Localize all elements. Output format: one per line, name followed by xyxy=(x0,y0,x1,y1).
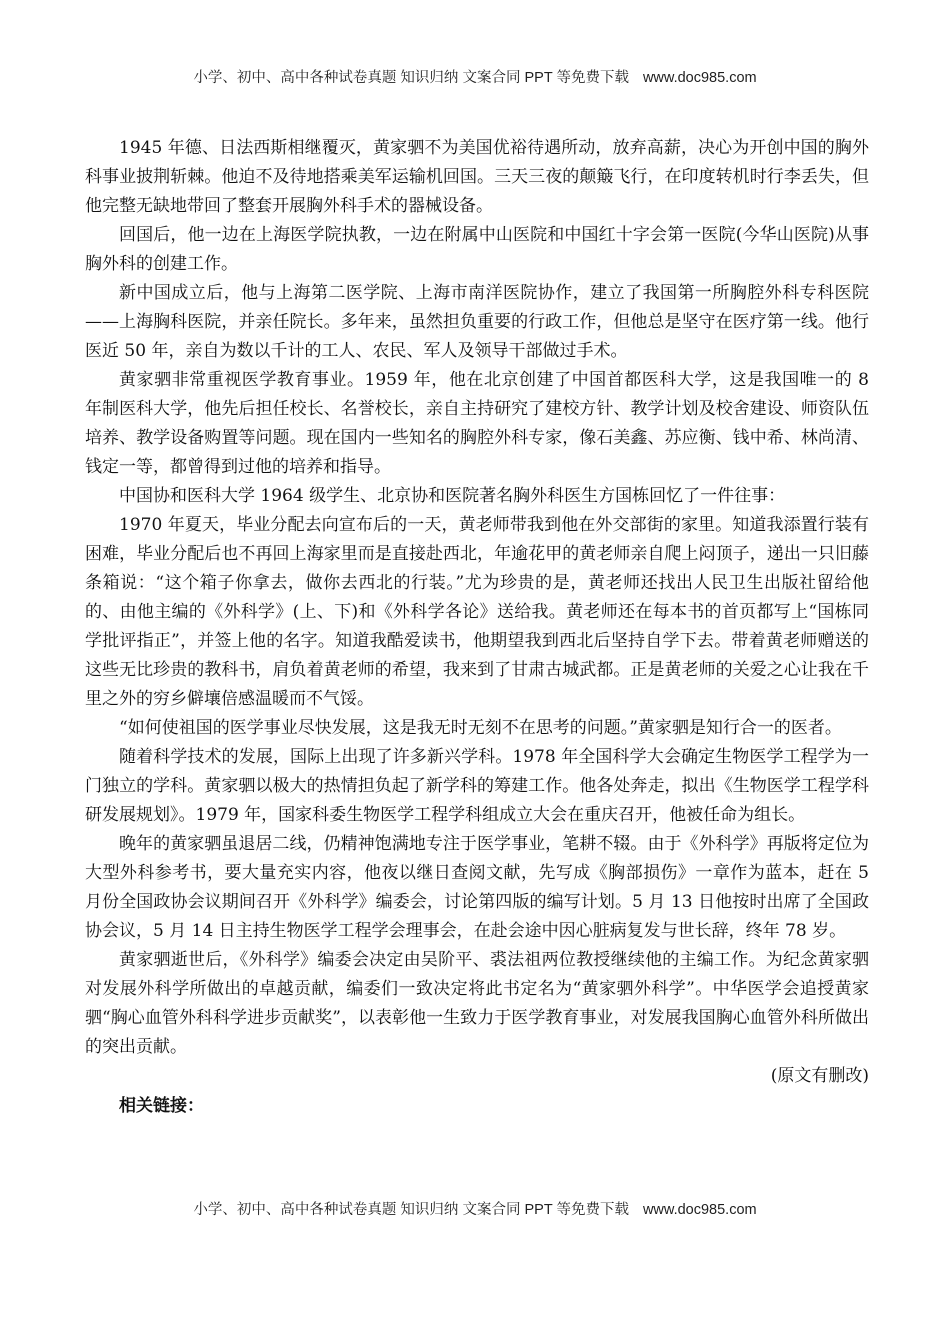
article-body: 1945 年德、日法西斯相继覆灭，黄家驷不为美国优裕待遇所动，放弃高薪，决心为开… xyxy=(85,134,869,1120)
paragraph: “如何使祖国的医学事业尽快发展，这是我无时无刻不在思考的问题。”黄家驷是知行合一… xyxy=(85,714,869,743)
related-links-label: 相关链接： xyxy=(85,1091,869,1120)
paragraph: 黄家驷非常重视医学教育事业。1959 年，他在北京创建了中国首都医科大学，这是我… xyxy=(85,366,869,482)
header-site-url: www.doc985.com xyxy=(643,70,757,86)
paragraph: 1945 年德、日法西斯相继覆灭，黄家驷不为美国优裕待遇所动，放弃高薪，决心为开… xyxy=(85,134,869,221)
paragraph: 回国后，他一边在上海医学院执教，一边在附属中山医院和中国红十字会第一医院(今华山… xyxy=(85,221,869,279)
footer-site-url: www.doc985.com xyxy=(643,1202,757,1218)
footer-note-text: 小学、初中、高中各种试卷真题 知识归纳 文案合同 PPT 等免费下载 xyxy=(193,1202,629,1218)
page-footer: 小学、初中、高中各种试卷真题 知识归纳 文案合同 PPT 等免费下载www.do… xyxy=(0,1198,950,1219)
paragraph: 晚年的黄家驷虽退居二线，仍精神饱满地专注于医学事业，笔耕不辍。由于《外科学》再版… xyxy=(85,830,869,946)
paragraph: 黄家驷逝世后，《外科学》编委会决定由吴阶平、裘法祖两位教授继续他的主编工作。为纪… xyxy=(85,946,869,1062)
paragraph: 中国协和医科大学 1964 级学生、北京协和医院著名胸外科医生方国栋回忆了一件往… xyxy=(85,482,869,511)
page-header: 小学、初中、高中各种试卷真题 知识归纳 文案合同 PPT 等免费下载www.do… xyxy=(0,66,950,87)
paragraph: 随着科学技术的发展，国际上出现了许多新兴学科。1978 年全国科学大会确定生物医… xyxy=(85,743,869,830)
source-attribution: (原文有删改) xyxy=(85,1062,869,1091)
document-page: 小学、初中、高中各种试卷真题 知识归纳 文案合同 PPT 等免费下载www.do… xyxy=(0,0,950,1344)
paragraph: 新中国成立后，他与上海第二医学院、上海市南洋医院协作，建立了我国第一所胸腔外科专… xyxy=(85,279,869,366)
header-note-text: 小学、初中、高中各种试卷真题 知识归纳 文案合同 PPT 等免费下载 xyxy=(193,70,629,86)
paragraph: 1970 年夏天，毕业分配去向宣布后的一天，黄老师带我到他在外交部街的家里。知道… xyxy=(85,511,869,714)
